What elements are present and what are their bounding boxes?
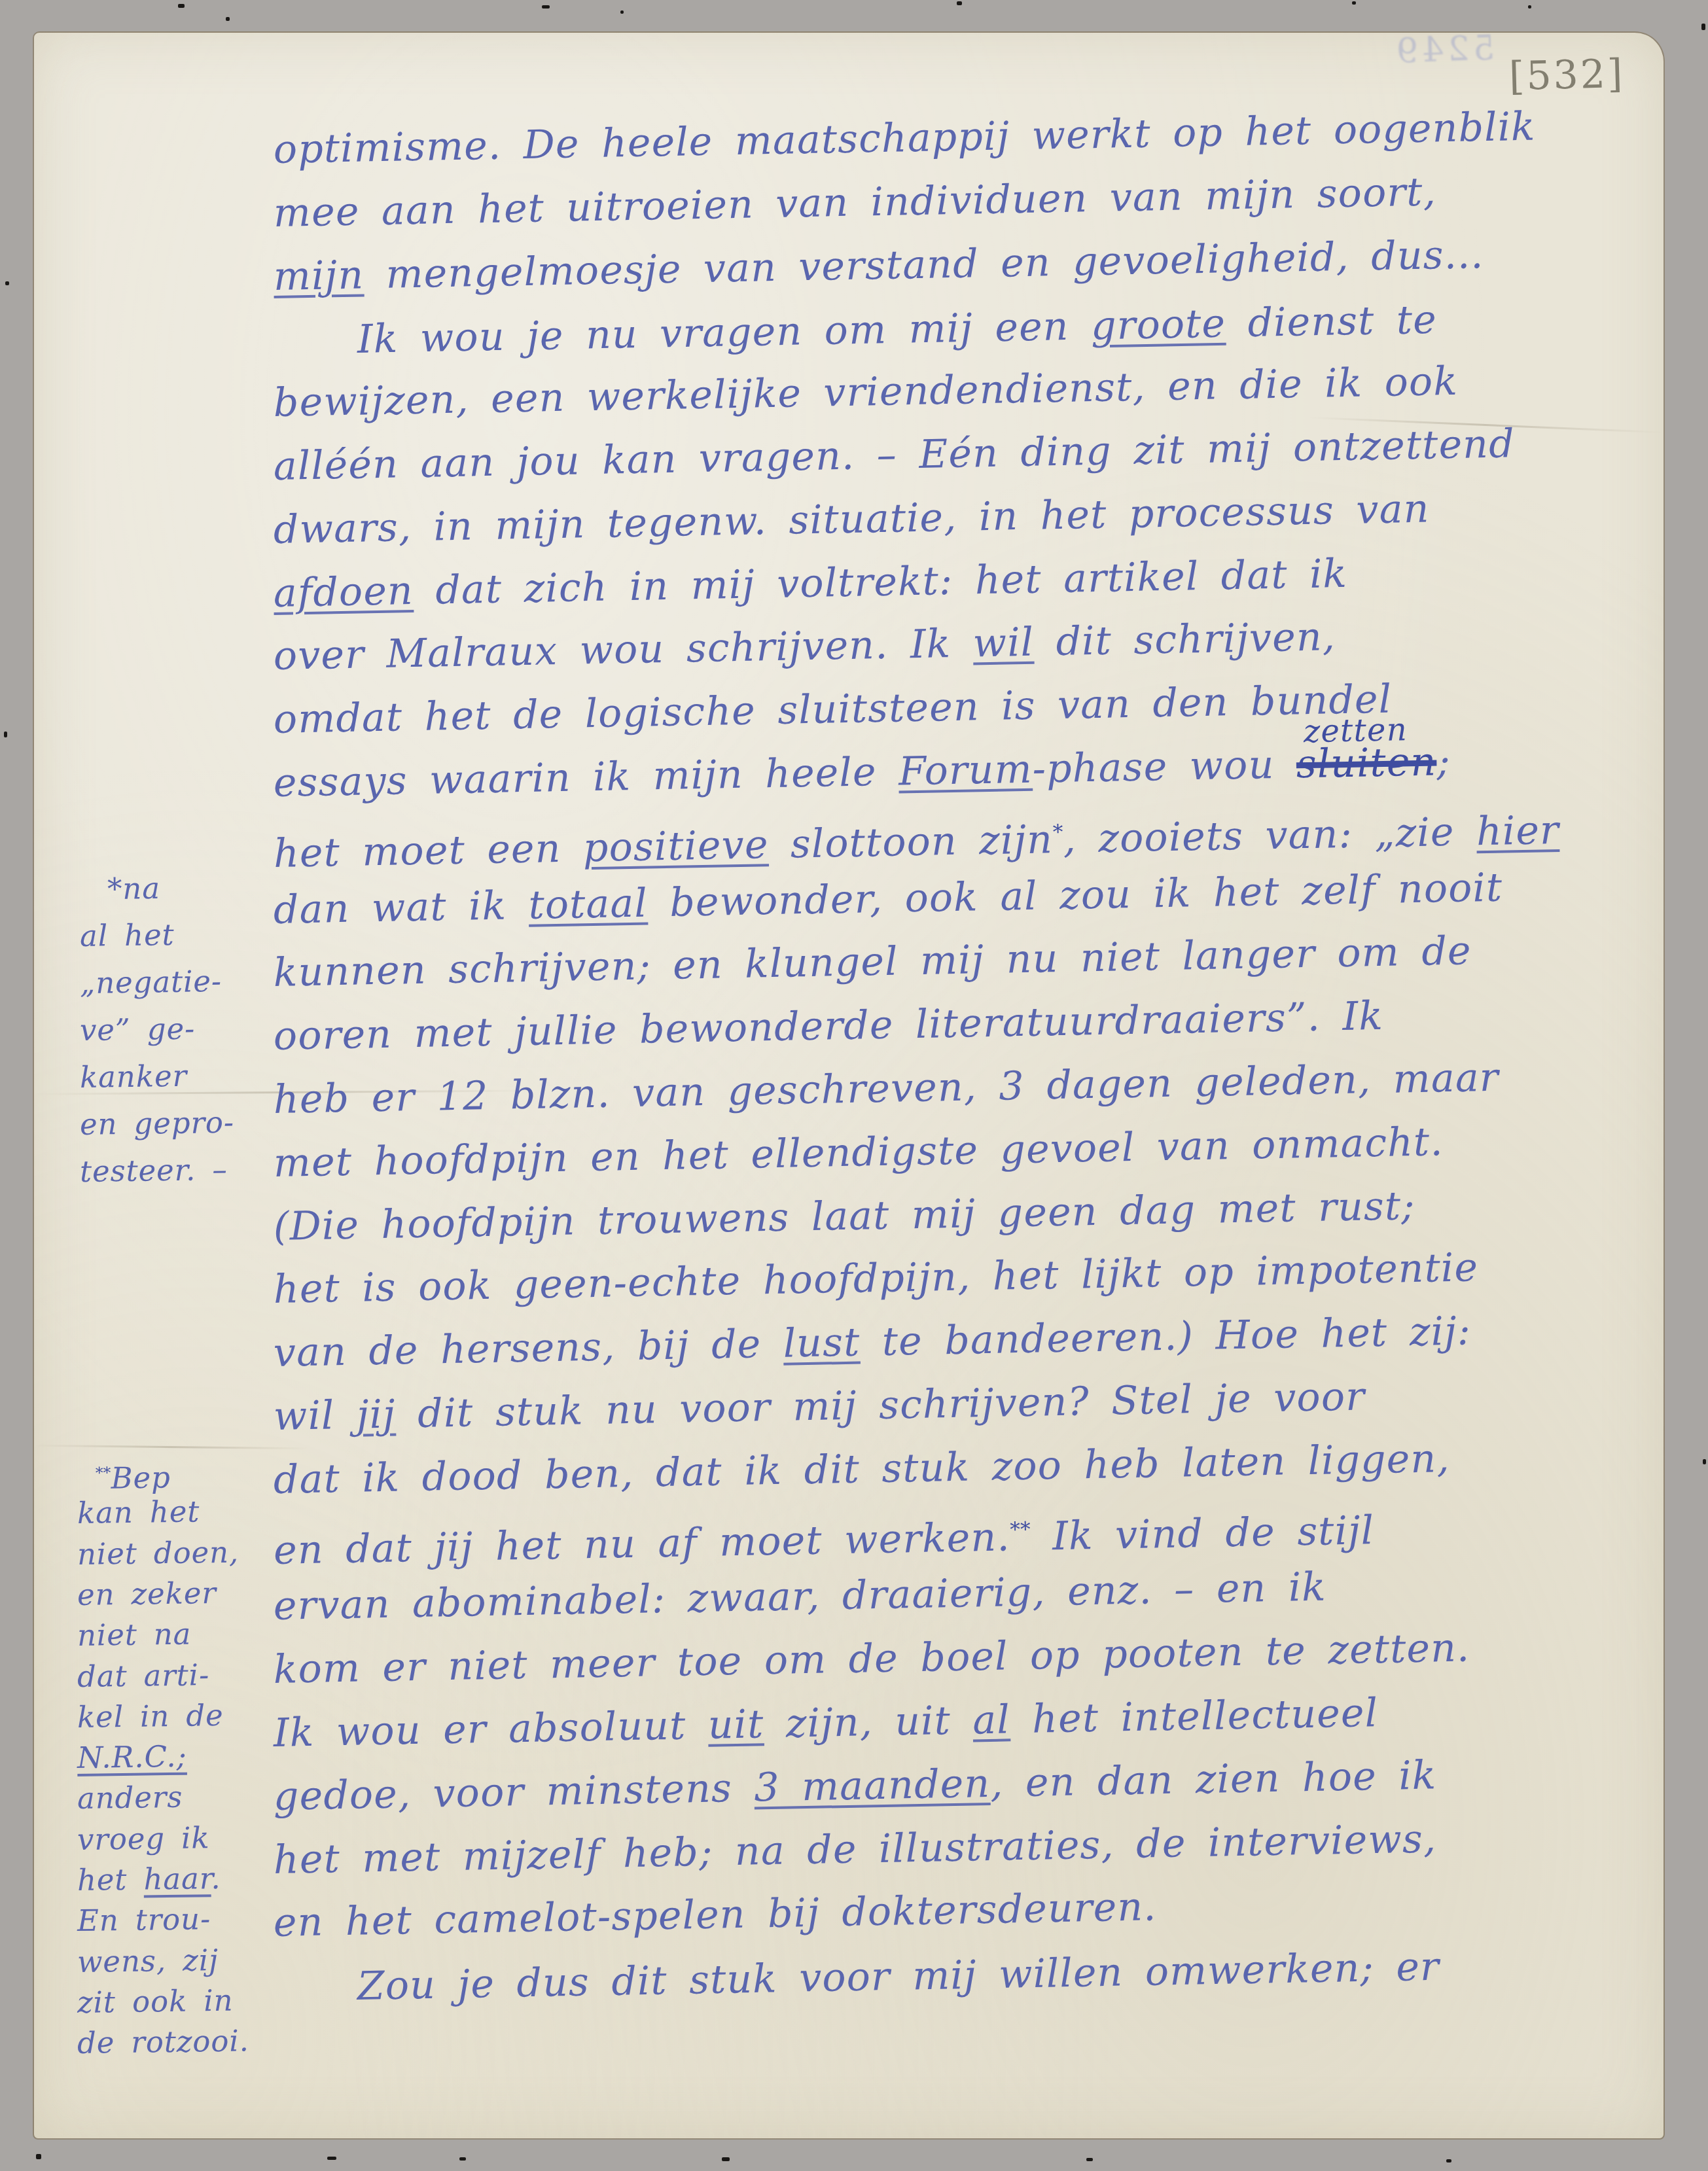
- scan-speck: [226, 17, 230, 21]
- text-segment: de rotzooi.: [77, 2023, 250, 2060]
- scan-speck: [542, 5, 550, 9]
- margin-note-line: kel in de: [77, 1697, 224, 1737]
- margin-note-line: ve” ge-: [80, 1010, 196, 1050]
- margin-note-line: en zeker: [77, 1574, 217, 1614]
- margin-note-line: de rotzooi.: [77, 2022, 250, 2062]
- scan-speck: [1703, 1459, 1706, 1464]
- scanned-letter-page: [532] 5249 optimisme. De heele maatschap…: [0, 0, 1708, 2171]
- text-segment: dit schrijven,: [1033, 614, 1336, 665]
- text-segment: van de hersens, bij de: [273, 1321, 783, 1376]
- underlined-word: N.R.C.;: [77, 1739, 187, 1775]
- margin-note-line: al het: [80, 916, 175, 955]
- scan-speck: [459, 2157, 466, 2161]
- underlined-word: mijn: [273, 252, 364, 300]
- page-number-label: [532]: [1508, 51, 1625, 100]
- text-segment: gedoe, voor minstens: [273, 1765, 755, 1820]
- text-segment: ;: [1436, 739, 1451, 785]
- text-segment: het moet een: [273, 825, 583, 877]
- scan-speck: [5, 281, 9, 285]
- underlined-word: totaal: [528, 881, 649, 928]
- underlined-word: haar: [143, 1861, 211, 1896]
- text-segment: , en dan zien hoe ik: [990, 1752, 1437, 1806]
- margin-note-line: en gepro-: [80, 1104, 235, 1144]
- text-segment: niet na: [77, 1617, 192, 1653]
- text-segment: dat arti-: [77, 1657, 210, 1694]
- footnote-marker: **: [96, 1464, 111, 1482]
- margin-note-line: **Bep: [96, 1453, 171, 1498]
- text-segment: En trou-: [77, 1901, 211, 1938]
- margin-note-line: het haar.: [77, 1860, 221, 1899]
- footnote-marker: *: [1052, 821, 1063, 844]
- text-segment: al het: [80, 917, 175, 953]
- margin-note-line: „negatie-: [80, 962, 222, 1002]
- underlined-word: hier: [1476, 807, 1559, 855]
- text-segment: testeer. –: [80, 1152, 228, 1189]
- text-segment: Bep: [111, 1460, 171, 1495]
- text-segment: dienst te: [1226, 297, 1438, 347]
- scan-speck: [722, 2157, 730, 2161]
- text-segment: kan het: [77, 1494, 200, 1530]
- margin-note-line: zit ook in: [77, 1982, 234, 2022]
- margin-note-line: anders: [77, 1778, 183, 1818]
- footnote-marker: **: [1010, 1518, 1031, 1542]
- bleedthrough-digits: 5249: [1392, 28, 1495, 71]
- underlined-word: al: [972, 1697, 1011, 1743]
- underlined-word: Forum: [898, 747, 1033, 795]
- corrected-word: sluitenzetten: [1296, 739, 1437, 787]
- margin-note-line: testeer. –: [80, 1151, 228, 1191]
- margin-note-line: En trou-: [77, 1900, 211, 1940]
- scan-speck: [1528, 5, 1531, 9]
- text-segment: -phase wou: [1032, 741, 1296, 792]
- margin-note-line: vroeg ik: [77, 1819, 210, 1859]
- text-segment: kel in de: [77, 1698, 224, 1735]
- text-segment: kanker: [80, 1059, 188, 1095]
- scan-speck: [36, 2154, 41, 2159]
- underlined-word: afdoen: [273, 568, 414, 616]
- margin-note-line: dat arti-: [77, 1656, 210, 1696]
- scan-speck: [620, 10, 624, 14]
- text-segment: het intellectueel: [1010, 1690, 1379, 1742]
- margin-note-line: wens, zij: [77, 1941, 219, 1981]
- scan-speck: [327, 2157, 336, 2160]
- text-segment: Ik wou er absoluut: [273, 1703, 708, 1756]
- text-segment: wens, zij: [77, 1943, 219, 1979]
- text-segment: .: [211, 1861, 221, 1896]
- text-segment: wil: [273, 1392, 357, 1439]
- inserted-word: zetten: [1303, 705, 1408, 756]
- scan-speck: [1086, 2158, 1093, 2161]
- scan-speck: [1352, 1, 1356, 5]
- margin-note-line: niet doen,: [77, 1534, 240, 1574]
- text-segment: Ik vind de stijl: [1030, 1508, 1375, 1560]
- scan-speck: [4, 732, 7, 737]
- text-segment: slottoon zijn: [768, 817, 1054, 868]
- underlined-word: uit: [707, 1701, 764, 1748]
- text-segment: zit ook in: [77, 1983, 234, 2020]
- text-segment: en zeker: [77, 1576, 217, 1612]
- text-segment: te bandeeren.) Hoe het zij:: [860, 1308, 1472, 1365]
- text-segment: , zooiets van: „zie: [1063, 809, 1477, 862]
- text-segment: vroeg ik: [77, 1820, 210, 1857]
- scan-speck: [178, 4, 185, 8]
- underlined-word: 3 maanden: [754, 1761, 991, 1811]
- underlined-word: groote: [1090, 301, 1226, 349]
- text-segment: het: [77, 1862, 144, 1897]
- text-segment: zijn, uit: [764, 1697, 973, 1747]
- underlined-word: positieve: [582, 822, 769, 871]
- underlined-word: lust: [783, 1320, 861, 1367]
- underlined-word: wil: [972, 620, 1035, 667]
- text-segment: en gepro-: [80, 1105, 235, 1142]
- text-segment: anders: [77, 1780, 183, 1816]
- scan-speck: [1446, 2159, 1451, 2162]
- margin-note-line: niet na: [77, 1615, 192, 1655]
- text-segment: dan wat ik: [273, 883, 529, 933]
- text-segment: niet doen,: [77, 1535, 240, 1572]
- margin-note-line: kanker: [80, 1057, 188, 1097]
- underlined-word: jij: [356, 1392, 396, 1438]
- margin-note-line: kan het: [77, 1492, 200, 1532]
- scan-speck: [957, 1, 962, 5]
- text-segment: essays waarin ik mijn heele: [273, 749, 898, 806]
- text-segment: ve” ge-: [80, 1012, 196, 1048]
- margin-note-line: *na: [107, 870, 161, 908]
- text-segment: „negatie-: [80, 964, 222, 1000]
- margin-note-line: N.R.C.;: [77, 1738, 187, 1777]
- scan-speck: [1701, 24, 1705, 30]
- text-segment: *na: [107, 871, 161, 906]
